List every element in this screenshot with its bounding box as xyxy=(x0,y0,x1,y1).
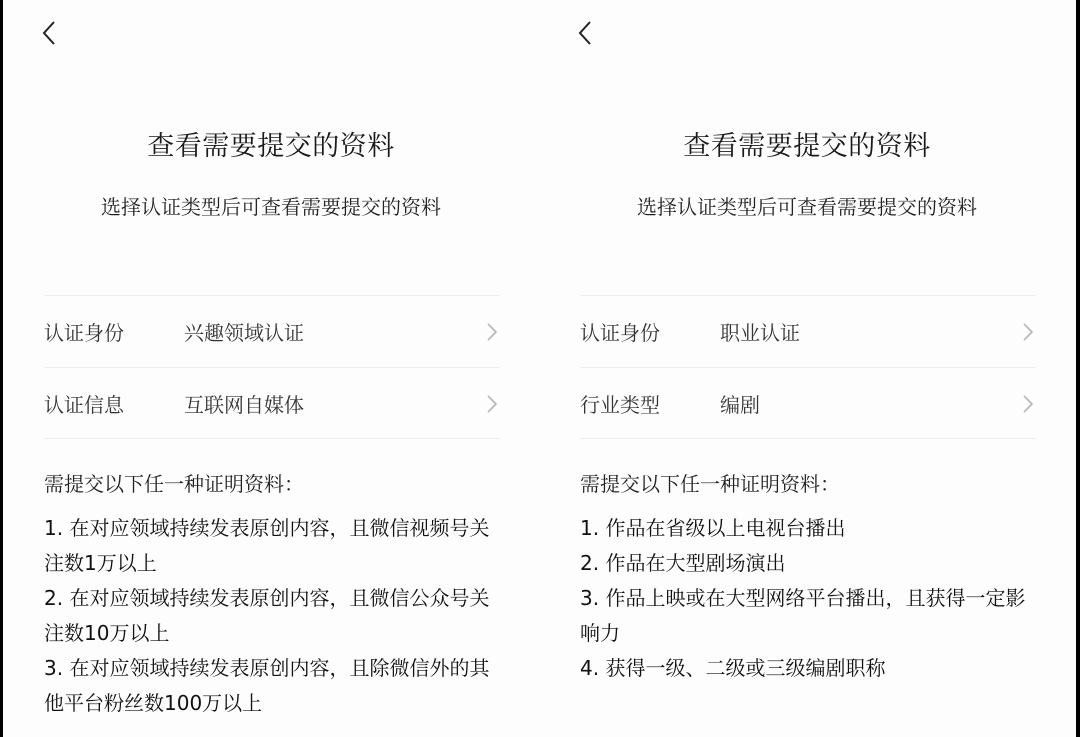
requirements-heading: 需提交以下任一种证明资料： xyxy=(580,468,1040,497)
chevron-left-icon xyxy=(578,20,592,46)
identity-row[interactable]: 认证身份 兴趣领域认证 xyxy=(44,295,500,367)
requirement-item: 2. 在对应领域持续发表原创内容，且微信公众号关注数10万以上 xyxy=(44,581,504,651)
page-title: 查看需要提交的资料 xyxy=(539,124,1075,163)
row-label: 行业类型 xyxy=(580,389,720,418)
chevron-left-icon xyxy=(42,20,56,46)
page-subtitle: 选择认证类型后可查看需要提交的资料 xyxy=(3,191,539,220)
screenshot-frame: 查看需要提交的资料 选择认证类型后可查看需要提交的资料 认证身份 兴趣领域认证 … xyxy=(3,0,1076,737)
chevron-right-icon xyxy=(486,394,498,414)
row-label: 认证身份 xyxy=(44,317,184,346)
info-row[interactable]: 认证信息 互联网自媒体 xyxy=(44,367,500,439)
back-button[interactable] xyxy=(573,18,597,48)
row-label: 认证信息 xyxy=(44,389,184,418)
panel-professional-certification: 查看需要提交的资料 选择认证类型后可查看需要提交的资料 认证身份 职业认证 行业… xyxy=(539,0,1075,737)
requirement-item: 1. 作品在省级以上电视台播出 xyxy=(580,511,1040,546)
chevron-right-icon xyxy=(1022,394,1034,414)
page-subtitle: 选择认证类型后可查看需要提交的资料 xyxy=(539,191,1075,220)
industry-row[interactable]: 行业类型 编剧 xyxy=(580,367,1036,439)
page-title: 查看需要提交的资料 xyxy=(3,124,539,163)
requirement-item: 3. 作品上映或在大型网络平台播出，且获得一定影响力 xyxy=(580,581,1040,651)
requirement-item: 1. 在对应领域持续发表原创内容，且微信视频号关注数1万以上 xyxy=(44,511,504,581)
row-value: 兴趣领域认证 xyxy=(184,317,500,346)
back-button[interactable] xyxy=(37,18,61,48)
identity-row[interactable]: 认证身份 职业认证 xyxy=(580,295,1036,367)
chevron-right-icon xyxy=(486,322,498,342)
requirement-item: 2. 作品在大型剧场演出 xyxy=(580,546,1040,581)
requirements-section: 需提交以下任一种证明资料： 1. 作品在省级以上电视台播出 2. 作品在大型剧场… xyxy=(580,468,1040,686)
requirements-heading: 需提交以下任一种证明资料： xyxy=(44,468,504,497)
row-label: 认证身份 xyxy=(580,317,720,346)
panel-interest-certification: 查看需要提交的资料 选择认证类型后可查看需要提交的资料 认证身份 兴趣领域认证 … xyxy=(3,0,539,737)
row-value: 职业认证 xyxy=(720,317,1036,346)
selection-list: 认证身份 兴趣领域认证 认证信息 互联网自媒体 xyxy=(44,295,500,439)
chevron-right-icon xyxy=(1022,322,1034,342)
requirement-item: 3. 在对应领域持续发表原创内容，且除微信外的其他平台粉丝数100万以上 xyxy=(44,651,504,721)
requirement-item: 4. 获得一级、二级或三级编剧职称 xyxy=(580,651,1040,686)
selection-list: 认证身份 职业认证 行业类型 编剧 xyxy=(580,295,1036,439)
row-value: 编剧 xyxy=(720,389,1036,418)
requirements-section: 需提交以下任一种证明资料： 1. 在对应领域持续发表原创内容，且微信视频号关注数… xyxy=(44,468,504,721)
row-value: 互联网自媒体 xyxy=(184,389,500,418)
